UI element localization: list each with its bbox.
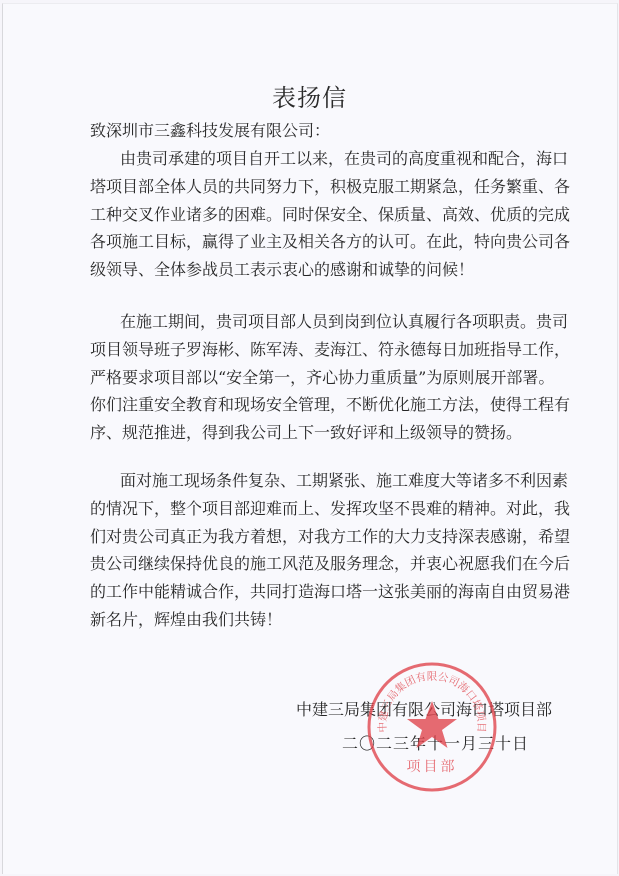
- paragraph-line: 工种交叉作业诸多的困难。同时保安全、保质量、高效、优质的完成: [90, 201, 536, 229]
- paragraph-line: 项目领导班子罗海彬、陈军涛、麦海江、符永德每日加班指导工作，: [90, 336, 536, 364]
- paragraph-line: 贵公司继续保持优良的施工风范及服务理念，并衷心祝愿我们在今后: [90, 550, 536, 578]
- paragraph-line: 级领导、全体参战员工表示衷心的感谢和诚挚的问候！: [90, 256, 536, 284]
- salutation: 致深圳市三鑫科技发展有限公司：: [90, 117, 536, 145]
- paragraph-line: 各项施工目标，赢得了业主及相关各方的认可。在此，特向贵公司各: [90, 228, 536, 256]
- document-title: 表扬信: [0, 78, 619, 113]
- paragraph-line: 你们注重安全教育和现场安全管理，不断优化施工方法，使得工程有: [90, 391, 536, 419]
- paragraph-line: 新名片，辉煌由我们共铸！: [90, 606, 536, 634]
- paragraph-line: 由贵司承建的项目自开工以来，在贵司的高度重视和配合，海口: [90, 145, 536, 173]
- paragraph-line: 面对施工现场条件复杂、工期紧张、施工难度大等诸多不利因素: [90, 467, 536, 495]
- paragraph-2: 在施工期间，贵司项目部人员到岗到位认真履行各项职责。贵司 项目领导班子罗海彬、陈…: [90, 308, 536, 447]
- paragraph-line: 塔项目部全体人员的共同努力下，积极克服工期紧急，任务繁重、各: [90, 173, 536, 201]
- paragraph-1: 由贵司承建的项目自开工以来，在贵司的高度重视和配合，海口 塔项目部全体人员的共同…: [90, 145, 536, 284]
- paragraph-line: 的情况下，整个项目部迎难而上、发挥攻坚不畏难的精神。对此，我: [90, 495, 536, 523]
- signature-date: 二〇二三年十一月三十日: [342, 731, 529, 754]
- paragraph-line: 的工作中能精诚合作，共同打造海口塔一这张美丽的海南自由贸易港: [90, 578, 536, 606]
- signature-organization: 中建三局集团有限公司海口塔项目部: [296, 697, 552, 720]
- paragraph-line: 在施工期间，贵司项目部人员到岗到位认真履行各项职责。贵司: [90, 308, 536, 336]
- paragraph-line: 严格要求项目部以“安全第一，齐心协力重质量”为原则展开部署。: [90, 364, 536, 392]
- paragraph-3: 面对施工现场条件复杂、工期紧张、施工难度大等诸多不利因素 的情况下，整个项目部迎…: [90, 467, 536, 634]
- paragraph-line: 序、规范推进，得到我公司上下一致好评和上级领导的赞扬。: [90, 419, 536, 447]
- salutation-text: 致深圳市三鑫科技发展有限公司：: [90, 117, 536, 145]
- paragraph-line: 们对贵公司真正为我方着想，对我方工作的大力支持深表感谢，希望: [90, 523, 536, 551]
